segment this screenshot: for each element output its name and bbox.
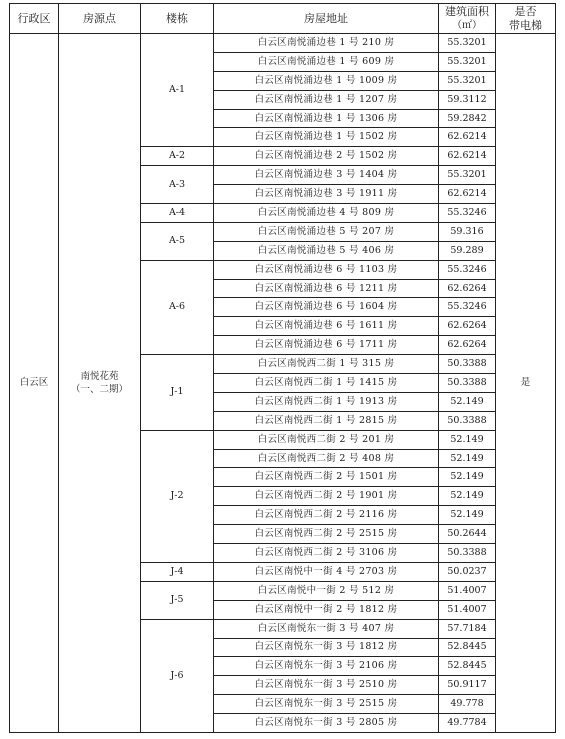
building-cell: A-6 [141, 260, 214, 354]
address-cell: 白云区南悦西二街 2 号 2116 房 [214, 506, 439, 525]
building-cell: J-5 [141, 581, 214, 619]
address-cell: 白云区南悦西二街 2 号 3106 房 [214, 544, 439, 563]
area-cell: 57.7184 [439, 619, 496, 638]
area-cell: 50.9117 [439, 676, 496, 695]
area-cell: 50.3388 [439, 544, 496, 563]
source-cell: 南悦花苑（一、二期） [59, 34, 141, 733]
address-cell: 白云区南悦西二街 2 号 1501 房 [214, 468, 439, 487]
address-cell: 白云区南悦涌边巷 1 号 1009 房 [214, 71, 439, 90]
header-area: 建筑面积 （㎡） [439, 4, 496, 34]
area-cell: 50.3388 [439, 374, 496, 393]
area-cell: 62.6214 [439, 128, 496, 147]
address-cell: 白云区南悦东一街 3 号 1812 房 [214, 638, 439, 657]
table-row: 白云区南悦花苑（一、二期）A-1白云区南悦涌边巷 1 号 210 房55.320… [10, 34, 556, 53]
address-cell: 白云区南悦西二街 1 号 1913 房 [214, 392, 439, 411]
building-cell: A-4 [141, 204, 214, 223]
address-cell: 白云区南悦东一街 3 号 2515 房 [214, 695, 439, 714]
area-cell: 55.3201 [439, 166, 496, 185]
area-cell: 52.8445 [439, 638, 496, 657]
address-cell: 白云区南悦中一街 4 号 2703 房 [214, 562, 439, 581]
area-cell: 52.149 [439, 392, 496, 411]
area-cell: 52.149 [439, 430, 496, 449]
address-cell: 白云区南悦涌边巷 6 号 1711 房 [214, 336, 439, 355]
area-cell: 59.2842 [439, 109, 496, 128]
area-cell: 62.6264 [439, 279, 496, 298]
address-cell: 白云区南悦涌边巷 5 号 406 房 [214, 241, 439, 260]
address-cell: 白云区南悦涌边巷 3 号 1404 房 [214, 166, 439, 185]
area-cell: 50.3388 [439, 411, 496, 430]
header-source: 房源点 [59, 4, 141, 34]
header-area-line2: （㎡） [439, 19, 495, 33]
building-cell: J-2 [141, 430, 214, 562]
area-cell: 62.6214 [439, 185, 496, 204]
address-cell: 白云区南悦中一街 2 号 1812 房 [214, 600, 439, 619]
elevator-cell: 是 [496, 34, 556, 733]
area-cell: 55.3201 [439, 34, 496, 53]
area-cell: 50.3388 [439, 355, 496, 374]
address-cell: 白云区南悦涌边巷 1 号 1502 房 [214, 128, 439, 147]
area-cell: 52.149 [439, 506, 496, 525]
address-cell: 白云区南悦涌边巷 1 号 1207 房 [214, 90, 439, 109]
address-cell: 白云区南悦涌边巷 1 号 1306 房 [214, 109, 439, 128]
header-elevator-line1: 是否 [496, 5, 555, 19]
address-cell: 白云区南悦东一街 3 号 2805 房 [214, 714, 439, 733]
address-cell: 白云区南悦西二街 2 号 2515 房 [214, 525, 439, 544]
area-cell: 50.2644 [439, 525, 496, 544]
header-elevator: 是否 带电梯 [496, 4, 556, 34]
address-cell: 白云区南悦西二街 2 号 1901 房 [214, 487, 439, 506]
building-cell: J-6 [141, 619, 214, 732]
address-cell: 白云区南悦涌边巷 1 号 609 房 [214, 52, 439, 71]
address-cell: 白云区南悦西二街 2 号 408 房 [214, 449, 439, 468]
address-cell: 白云区南悦西二街 1 号 1415 房 [214, 374, 439, 393]
building-cell: J-4 [141, 562, 214, 581]
area-cell: 62.6264 [439, 336, 496, 355]
address-cell: 白云区南悦涌边巷 6 号 1211 房 [214, 279, 439, 298]
address-cell: 白云区南悦西二街 1 号 315 房 [214, 355, 439, 374]
address-cell: 白云区南悦西二街 2 号 201 房 [214, 430, 439, 449]
building-cell: A-2 [141, 147, 214, 166]
table-body: 白云区南悦花苑（一、二期）A-1白云区南悦涌边巷 1 号 210 房55.320… [10, 34, 556, 733]
area-cell: 55.3201 [439, 71, 496, 90]
table-header-row: 行政区 房源点 楼栋 房屋地址 建筑面积 （㎡） 是否 带电梯 [10, 4, 556, 34]
address-cell: 白云区南悦东一街 3 号 2106 房 [214, 657, 439, 676]
area-cell: 49.7784 [439, 714, 496, 733]
area-cell: 52.149 [439, 449, 496, 468]
header-district: 行政区 [10, 4, 59, 34]
area-cell: 52.149 [439, 487, 496, 506]
source-name: 南悦花苑 [59, 370, 140, 383]
area-cell: 51.4007 [439, 581, 496, 600]
area-cell: 59.316 [439, 222, 496, 241]
header-address: 房屋地址 [214, 4, 439, 34]
area-cell: 51.4007 [439, 600, 496, 619]
area-cell: 59.3112 [439, 90, 496, 109]
address-cell: 白云区南悦涌边巷 1 号 210 房 [214, 34, 439, 53]
housing-table-container: 行政区 房源点 楼栋 房屋地址 建筑面积 （㎡） 是否 带电梯 白云区南悦花苑（… [9, 3, 556, 733]
address-cell: 白云区南悦涌边巷 6 号 1604 房 [214, 298, 439, 317]
area-cell: 55.3246 [439, 298, 496, 317]
address-cell: 白云区南悦中一街 2 号 512 房 [214, 581, 439, 600]
area-cell: 59.289 [439, 241, 496, 260]
address-cell: 白云区南悦涌边巷 6 号 1611 房 [214, 317, 439, 336]
source-phase: （一、二期） [59, 383, 140, 396]
address-cell: 白云区南悦涌边巷 5 号 207 房 [214, 222, 439, 241]
building-cell: A-1 [141, 34, 214, 147]
header-building: 楼栋 [141, 4, 214, 34]
building-cell: A-3 [141, 166, 214, 204]
area-cell: 49.778 [439, 695, 496, 714]
district-cell: 白云区 [10, 34, 59, 733]
housing-table: 行政区 房源点 楼栋 房屋地址 建筑面积 （㎡） 是否 带电梯 白云区南悦花苑（… [9, 3, 556, 733]
header-elevator-line2: 带电梯 [496, 19, 555, 33]
building-cell: J-1 [141, 355, 214, 431]
area-cell: 52.8445 [439, 657, 496, 676]
address-cell: 白云区南悦东一街 3 号 407 房 [214, 619, 439, 638]
address-cell: 白云区南悦东一街 3 号 2510 房 [214, 676, 439, 695]
address-cell: 白云区南悦西二街 1 号 2815 房 [214, 411, 439, 430]
area-cell: 55.3246 [439, 260, 496, 279]
address-cell: 白云区南悦涌边巷 6 号 1103 房 [214, 260, 439, 279]
address-cell: 白云区南悦涌边巷 2 号 1502 房 [214, 147, 439, 166]
area-cell: 62.6264 [439, 317, 496, 336]
area-cell: 50.0237 [439, 562, 496, 581]
area-cell: 62.6214 [439, 147, 496, 166]
building-cell: A-5 [141, 222, 214, 260]
area-cell: 55.3246 [439, 204, 496, 223]
address-cell: 白云区南悦涌边巷 4 号 809 房 [214, 204, 439, 223]
address-cell: 白云区南悦涌边巷 3 号 1911 房 [214, 185, 439, 204]
header-area-line1: 建筑面积 [439, 5, 495, 19]
area-cell: 55.3201 [439, 52, 496, 71]
area-cell: 52.149 [439, 468, 496, 487]
